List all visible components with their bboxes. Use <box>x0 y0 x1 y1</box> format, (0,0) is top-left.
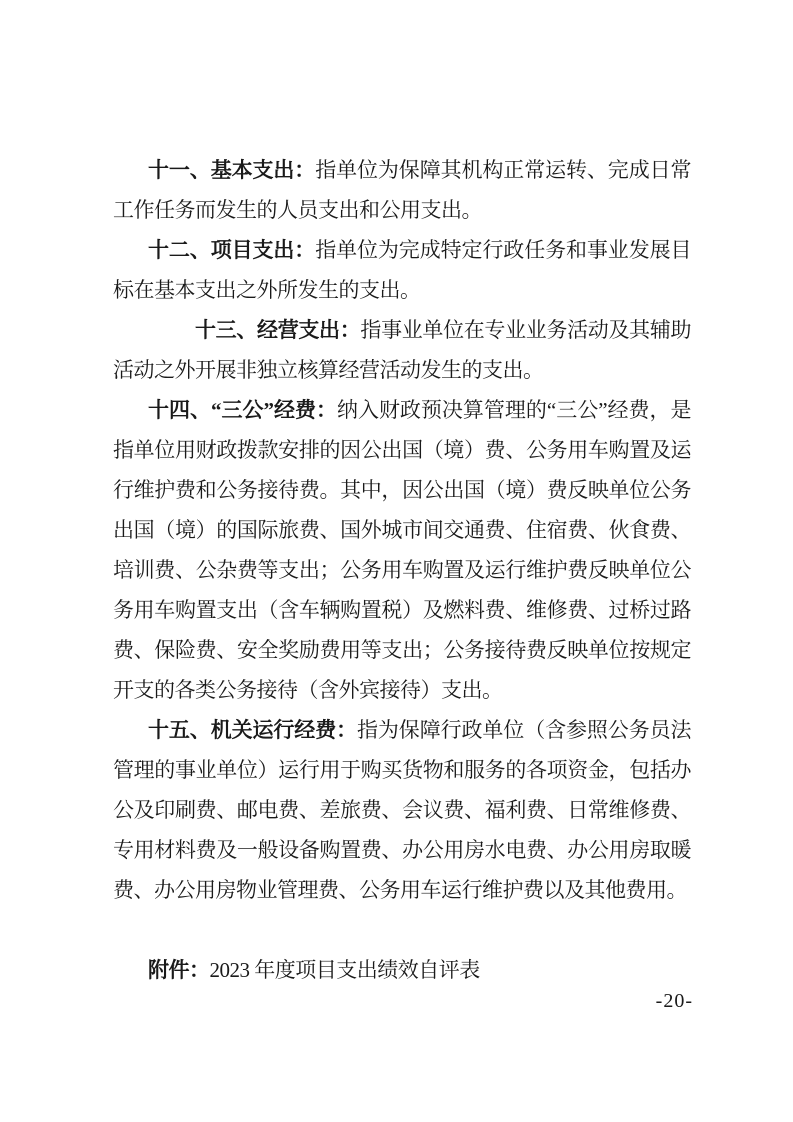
paragraph-label: 十一、基本支出： <box>148 158 315 182</box>
paragraph-12-project-expenditure: 十二、项目支出：指单位为完成特定行政任务和事业发展目标在基本支出之外所发生的支出… <box>113 230 691 310</box>
page-number: -20- <box>656 988 693 1014</box>
paragraph-label: 十三、经营支出： <box>195 318 360 342</box>
document-body: 十一、基本支出：指单位为保障其机构正常运转、完成日常工作任务而发生的人员支出和公… <box>113 150 691 990</box>
paragraph-label: 十五、机关运行经费： <box>148 718 357 742</box>
paragraph-11-basic-expenditure: 十一、基本支出：指单位为保障其机构正常运转、完成日常工作任务而发生的人员支出和公… <box>113 150 691 230</box>
paragraph-14-three-public-funds: 十四、“三公”经费：纳入财政预决算管理的“三公”经费，是指单位用财政拨款安排的因… <box>113 390 691 710</box>
paragraph-label: 十四、“三公”经费： <box>148 398 337 422</box>
paragraph-15-agency-operating-funds: 十五、机关运行经费：指为保障行政单位（含参照公务员法管理的事业单位）运行用于购买… <box>113 710 691 910</box>
paragraph-13-operating-expenditure: 十三、经营支出：指事业单位在专业业务活动及其辅助活动之外开展非独立核算经营活动发… <box>113 310 691 390</box>
attachment-line: 附件：2023 年度项目支出绩效自评表 <box>113 950 691 990</box>
paragraph-label: 十二、项目支出： <box>148 238 315 262</box>
attachment-text: 2023 年度项目支出绩效自评表 <box>210 958 480 982</box>
paragraph-text: 指为保障行政单位（含参照公务员法管理的事业单位）运行用于购买货物和服务的各项资金… <box>113 718 691 902</box>
attachment-label: 附件： <box>148 958 210 982</box>
paragraph-text: 纳入财政预决算管理的“三公”经费，是指单位用财政拨款安排的因公出国（境）费、公务… <box>113 398 691 702</box>
document-page: { "page": { "colors": { "background": "#… <box>0 0 793 1122</box>
